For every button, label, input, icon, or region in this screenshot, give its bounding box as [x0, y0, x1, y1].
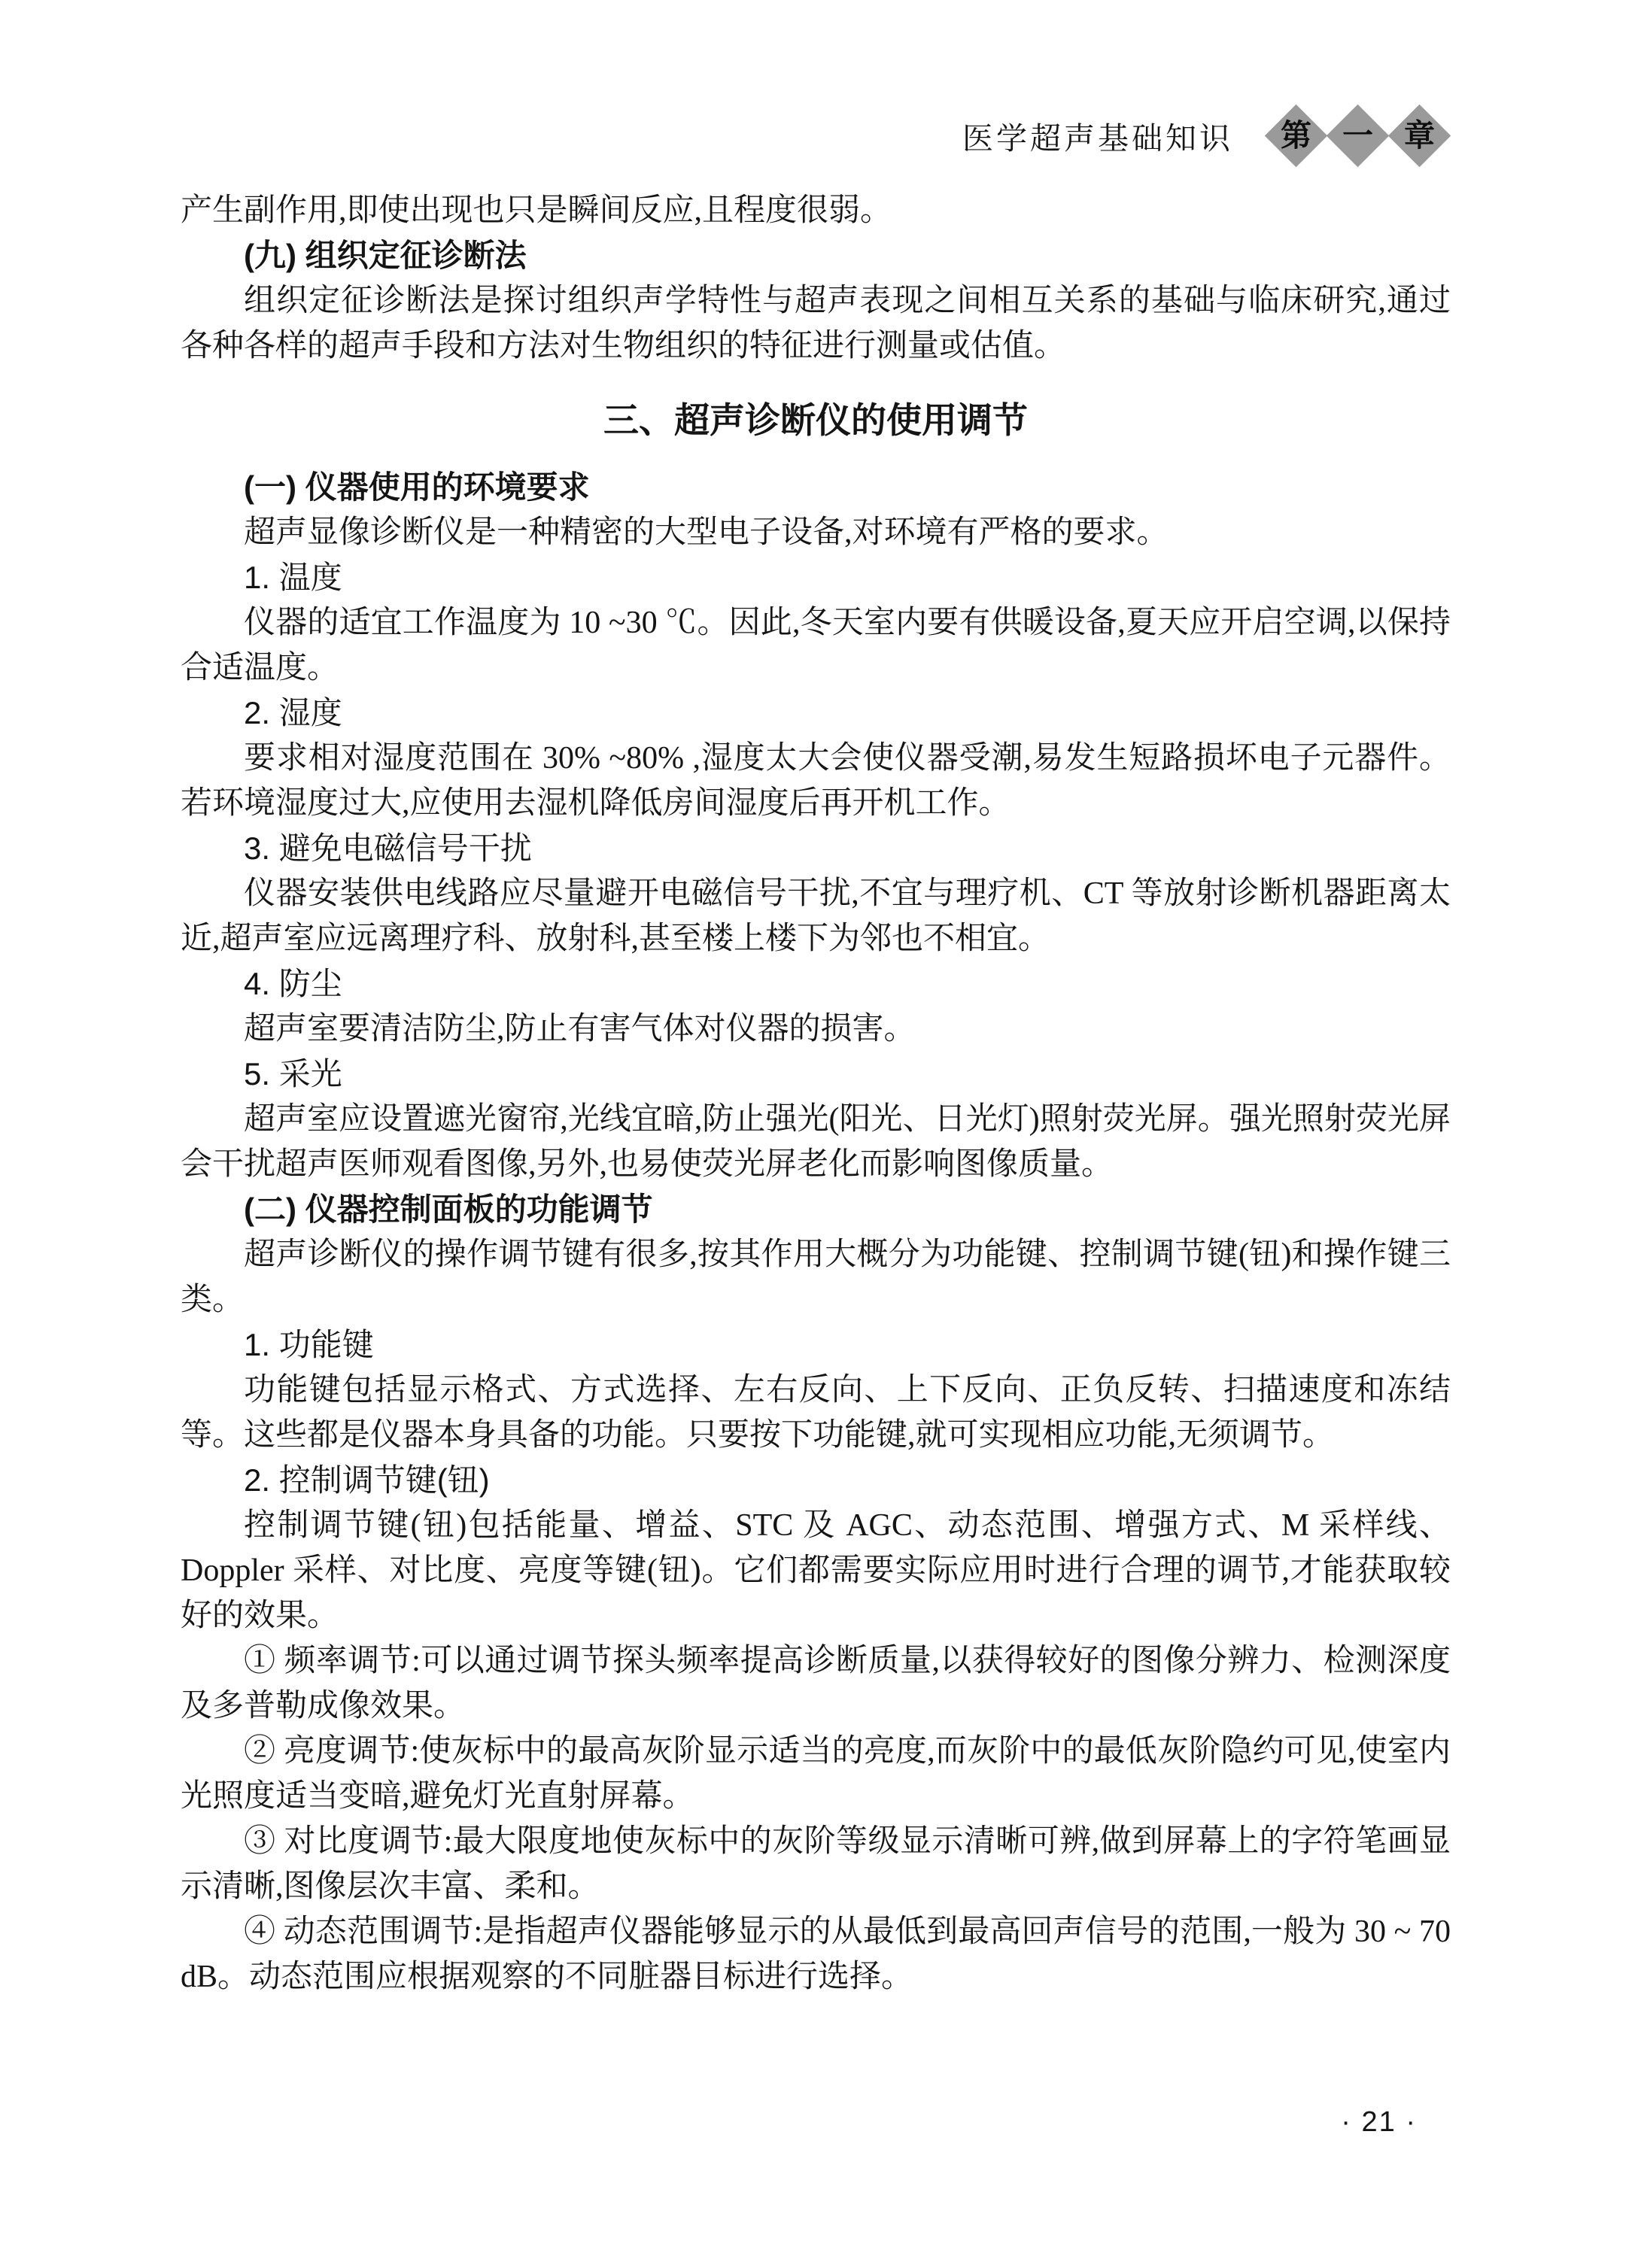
numbered-subheading: 1. 温度 [181, 555, 1451, 600]
paragraph: 超声诊断仪的操作调节键有很多,按其作用大概分为功能键、控制调节键(钮)和操作键三… [181, 1232, 1451, 1322]
numbered-subheading: 2. 控制调节键(钮) [181, 1458, 1451, 1503]
chapter-char: 一 [1342, 120, 1373, 151]
diamond-icon: 一 [1326, 104, 1388, 166]
page-number: · 21 · [1341, 2106, 1417, 2139]
numbered-subheading: 4. 防尘 [181, 961, 1451, 1006]
section-title: 三、超声诊断仪的使用调节 [181, 396, 1451, 445]
paragraph: ② 亮度调节:使灰标中的最高灰阶显示适当的亮度,而灰阶中的最低灰阶隐约可见,使室… [181, 1729, 1451, 1819]
chapter-diamond-1: 第 [1265, 99, 1327, 172]
numbered-subheading: 5. 采光 [181, 1052, 1451, 1097]
paragraph: ③ 对比度调节:最大限度地使灰标中的灰阶等级显示清晰可辨,做到屏幕上的字符笔画显… [181, 1819, 1451, 1909]
chapter-char: 第 [1281, 120, 1311, 151]
paragraph: 超声显像诊断仪是一种精密的大型电子设备,对环境有严格的要求。 [181, 510, 1451, 555]
diamond-icon: 第 [1264, 104, 1327, 166]
chapter-char: 章 [1404, 120, 1435, 151]
paragraph: 功能键包括显示格式、方式选择、左右反向、上下反向、正负反转、扫描速度和冻结等。这… [181, 1368, 1451, 1458]
paragraph: 要求相对湿度范围在 30% ~80% ,湿度太大会使仪器受潮,易发生短路损坏电子… [181, 736, 1451, 826]
numbered-subheading: 3. 避免电磁信号干扰 [181, 826, 1451, 871]
numbered-subheading: 1. 功能键 [181, 1322, 1451, 1368]
paragraph: 仪器安装供电线路应尽量避开电磁信号干扰,不宜与理疗机、CT 等放射诊断机器距离太… [181, 871, 1451, 961]
document-page: 医学超声基础知识 第 一 章 产生副作用,即使出现也只是瞬间反应,且程度很弱。(… [0, 0, 1629, 2268]
bold-heading: (二) 仪器控制面板的功能调节 [181, 1187, 1451, 1232]
paragraph: ① 频率调节:可以通过调节探头频率提高诊断质量,以获得较好的图像分辨力、检测深度… [181, 1638, 1451, 1729]
chapter-diamond-3: 章 [1388, 99, 1450, 172]
continuation-paragraph: 产生副作用,即使出现也只是瞬间反应,且程度很弱。 [181, 188, 1451, 233]
paragraph: 超声室要清洁防尘,防止有害气体对仪器的损害。 [181, 1006, 1451, 1052]
page-header: 医学超声基础知识 第 一 章 [962, 99, 1450, 172]
paragraph: 超声室应设置遮光窗帘,光线宜暗,防止强光(阳光、日光灯)照射荧光屏。强光照射荧光… [181, 1097, 1451, 1187]
content: 产生副作用,即使出现也只是瞬间反应,且程度很弱。(九) 组织定征诊断法组织定征诊… [181, 188, 1451, 1999]
chapter-diamond-2: 一 [1327, 99, 1388, 172]
paragraph: 仪器的适宜工作温度为 10 ~30 ℃。因此,冬天室内要有供暖设备,夏天应开启空… [181, 600, 1451, 691]
running-head-title: 医学超声基础知识 [962, 114, 1233, 158]
diamond-icon: 章 [1387, 104, 1450, 166]
bold-heading: (一) 仪器使用的环境要求 [181, 465, 1451, 510]
chapter-badge: 第 一 章 [1265, 99, 1450, 172]
paragraph: 组织定征诊断法是探讨组织声学特性与超声表现之间相互关系的基础与临床研究,通过各种… [181, 278, 1451, 369]
paragraph: 控制调节键(钮)包括能量、增益、STC 及 AGC、动态范围、增强方式、M 采样… [181, 1503, 1451, 1638]
paragraph: ④ 动态范围调节:是指超声仪器能够显示的从最低到最高回声信号的范围,一般为 30… [181, 1909, 1451, 1999]
bold-heading: (九) 组织定征诊断法 [181, 233, 1451, 278]
numbered-subheading: 2. 湿度 [181, 691, 1451, 736]
